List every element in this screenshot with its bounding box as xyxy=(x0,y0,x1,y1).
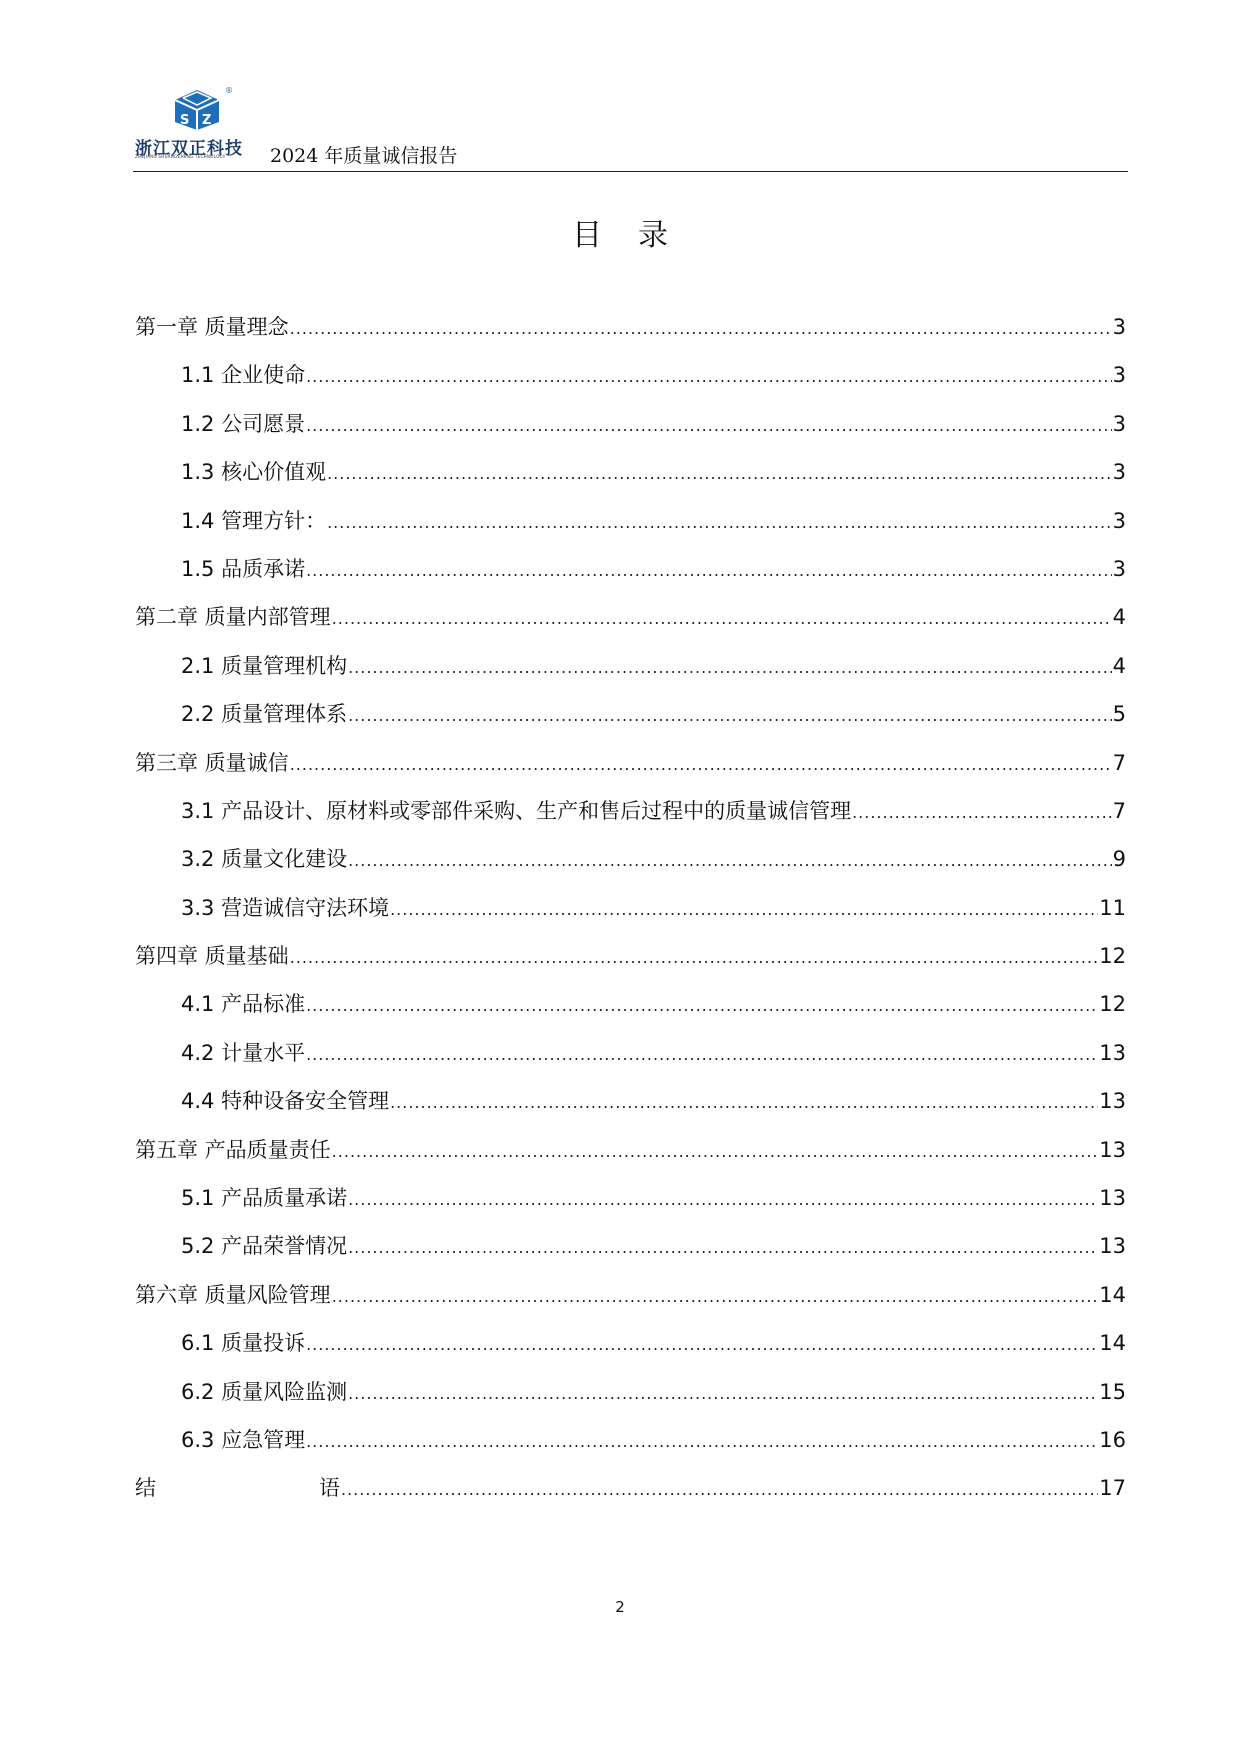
toc-entry-label: 3.1 产品设计、原材料或零部件采购、生产和售后过程中的质量诚信管理 xyxy=(181,795,851,825)
toc-entry-page: 3 xyxy=(1113,363,1126,387)
toc-entry-label: 6.2 质量风险监测 xyxy=(181,1376,347,1406)
toc-chapter-entry[interactable]: 第五章 产品质量责任13 xyxy=(135,1134,1126,1182)
dot-leader xyxy=(306,367,1112,386)
toc-section-entry[interactable]: 4.1 产品标准12 xyxy=(135,988,1126,1036)
toc-section-entry[interactable]: 4.4 特种设备安全管理13 xyxy=(135,1085,1126,1133)
toc-section-entry[interactable]: 3.3 营造诚信守法环境11 xyxy=(135,892,1126,940)
dot-leader xyxy=(348,658,1112,677)
toc-closing-entry[interactable]: 结语17 xyxy=(135,1472,1126,1520)
page-number: 2 xyxy=(0,1598,1240,1616)
toc-entry-label: 第二章 质量内部管理 xyxy=(135,601,331,631)
toc-entry-page: 13 xyxy=(1099,1089,1126,1113)
toc-entry-label: 1.2 公司愿景 xyxy=(181,408,305,438)
toc-heading: 目录 xyxy=(0,210,1240,254)
toc-entry-page: 12 xyxy=(1099,944,1126,968)
toc-section-entry[interactable]: 1.3 核心价值观3 xyxy=(135,456,1126,504)
toc-section-entry[interactable]: 5.1 产品质量承诺13 xyxy=(135,1182,1126,1230)
toc-chapter-entry[interactable]: 第二章 质量内部管理4 xyxy=(135,601,1126,649)
toc-section-entry[interactable]: 1.4 管理方针：3 xyxy=(135,505,1126,553)
toc-entry-label: 1.5 品质承诺 xyxy=(181,553,305,583)
toc-section-entry[interactable]: 6.3 应急管理16 xyxy=(135,1424,1126,1472)
dot-leader xyxy=(348,706,1112,725)
toc-entry-page: 15 xyxy=(1099,1380,1126,1404)
logo-company-name-en: ZHEJIANG SHUANGZHENG TECHNOLOGY xyxy=(135,154,225,159)
dot-leader xyxy=(852,803,1112,822)
dot-leader xyxy=(332,1142,1099,1161)
dot-leader xyxy=(290,948,1099,967)
dot-leader xyxy=(390,900,1098,919)
toc-entry-page: 3 xyxy=(1113,460,1126,484)
toc-entry-page: 17 xyxy=(1099,1476,1126,1500)
toc-entry-label: 5.2 产品荣誉情况 xyxy=(181,1230,347,1260)
toc-chapter-entry[interactable]: 第一章 质量理念3 xyxy=(135,311,1126,359)
header-divider xyxy=(133,171,1128,172)
toc-section-entry[interactable]: 6.2 质量风险监测15 xyxy=(135,1376,1126,1424)
toc-entry-page: 3 xyxy=(1113,509,1126,533)
toc-section-entry[interactable]: 5.2 产品荣誉情况13 xyxy=(135,1230,1126,1278)
toc-entry-page: 5 xyxy=(1113,702,1126,726)
toc-entry-label: 1.4 管理方针： xyxy=(181,505,326,535)
dot-leader xyxy=(327,513,1112,532)
dot-leader xyxy=(306,416,1112,435)
closing-label-left: 结 xyxy=(135,1472,156,1502)
registered-mark: ® xyxy=(225,86,233,95)
dot-leader xyxy=(306,1045,1098,1064)
toc-entry-page: 4 xyxy=(1113,605,1126,629)
dot-leader xyxy=(348,1190,1098,1209)
toc-entry-label: 1.3 核心价值观 xyxy=(181,456,326,486)
toc-entry-page: 16 xyxy=(1099,1428,1126,1452)
toc-chapter-entry[interactable]: 第六章 质量风险管理14 xyxy=(135,1279,1126,1327)
svg-text:S: S xyxy=(180,113,189,128)
toc-entry-label: 第三章 质量诚信 xyxy=(135,747,289,777)
toc-entry-page: 7 xyxy=(1113,751,1126,775)
closing-label-right: 语 xyxy=(319,1472,340,1502)
toc-section-entry[interactable]: 1.5 品质承诺3 xyxy=(135,553,1126,601)
table-of-contents: 第一章 质量理念31.1 企业使命31.2 公司愿景31.3 核心价值观31.4… xyxy=(135,311,1126,1521)
toc-entry-label: 结语 xyxy=(135,1472,340,1502)
toc-section-entry[interactable]: 3.2 质量文化建设9 xyxy=(135,843,1126,891)
toc-entry-page: 14 xyxy=(1099,1331,1126,1355)
toc-entry-page: 11 xyxy=(1099,896,1126,920)
toc-section-entry[interactable]: 1.1 企业使命3 xyxy=(135,359,1126,407)
toc-entry-page: 13 xyxy=(1099,1138,1126,1162)
svg-text:Z: Z xyxy=(202,113,211,128)
dot-leader xyxy=(306,561,1112,580)
toc-entry-page: 4 xyxy=(1113,654,1126,678)
toc-entry-page: 14 xyxy=(1099,1283,1126,1307)
toc-entry-page: 13 xyxy=(1099,1041,1126,1065)
toc-section-entry[interactable]: 6.1 质量投诉14 xyxy=(135,1327,1126,1375)
toc-entry-label: 6.1 质量投诉 xyxy=(181,1327,305,1357)
dot-leader xyxy=(327,464,1112,483)
toc-entry-label: 4.2 计量水平 xyxy=(181,1037,305,1067)
toc-chapter-entry[interactable]: 第三章 质量诚信7 xyxy=(135,747,1126,795)
toc-entry-page: 3 xyxy=(1113,315,1126,339)
toc-entry-label: 第六章 质量风险管理 xyxy=(135,1279,331,1309)
toc-entry-page: 3 xyxy=(1113,557,1126,581)
toc-entry-label: 第五章 产品质量责任 xyxy=(135,1134,331,1164)
dot-leader xyxy=(390,1093,1098,1112)
toc-entry-label: 第四章 质量基础 xyxy=(135,940,289,970)
toc-chapter-entry[interactable]: 第四章 质量基础12 xyxy=(135,940,1126,988)
toc-entry-label: 6.3 应急管理 xyxy=(181,1424,305,1454)
company-logo: S Z ® 浙江双正科技 ZHEJIANG SHUANGZHENG TECHNO… xyxy=(133,84,258,160)
toc-section-entry[interactable]: 1.2 公司愿景3 xyxy=(135,408,1126,456)
dot-leader xyxy=(348,851,1112,870)
dot-leader xyxy=(290,319,1112,338)
dot-leader xyxy=(348,1238,1098,1257)
dot-leader xyxy=(332,1287,1099,1306)
toc-entry-page: 13 xyxy=(1099,1186,1126,1210)
dot-leader xyxy=(341,1480,1098,1499)
toc-entry-label: 4.1 产品标准 xyxy=(181,988,305,1018)
dot-leader xyxy=(306,996,1098,1015)
dot-leader xyxy=(332,609,1112,628)
toc-entry-page: 13 xyxy=(1099,1234,1126,1258)
toc-entry-label: 3.2 质量文化建设 xyxy=(181,843,347,873)
dot-leader xyxy=(348,1384,1098,1403)
toc-entry-page: 9 xyxy=(1113,847,1126,871)
toc-entry-page: 3 xyxy=(1113,412,1126,436)
toc-entry-page: 12 xyxy=(1099,992,1126,1016)
toc-section-entry[interactable]: 2.1 质量管理机构4 xyxy=(135,650,1126,698)
toc-entry-label: 1.1 企业使命 xyxy=(181,359,305,389)
dot-leader xyxy=(290,755,1112,774)
toc-entry-label: 3.3 营造诚信守法环境 xyxy=(181,892,389,922)
toc-entry-label: 2.2 质量管理体系 xyxy=(181,698,347,728)
page-header: S Z ® 浙江双正科技 ZHEJIANG SHUANGZHENG TECHNO… xyxy=(133,84,1128,172)
dot-leader xyxy=(306,1432,1098,1451)
dot-leader xyxy=(306,1335,1098,1354)
toc-section-entry[interactable]: 4.2 计量水平13 xyxy=(135,1037,1126,1085)
toc-section-entry[interactable]: 3.1 产品设计、原材料或零部件采购、生产和售后过程中的质量诚信管理7 xyxy=(135,795,1126,843)
logo-cube-icon: S Z xyxy=(171,88,223,132)
toc-entry-page: 7 xyxy=(1113,799,1126,823)
toc-entry-label: 4.4 特种设备安全管理 xyxy=(181,1085,389,1115)
report-title: 2024 年质量诚信报告 xyxy=(270,141,457,168)
toc-entry-label: 2.1 质量管理机构 xyxy=(181,650,347,680)
toc-section-entry[interactable]: 2.2 质量管理体系5 xyxy=(135,698,1126,746)
toc-entry-label: 第一章 质量理念 xyxy=(135,311,289,341)
toc-entry-label: 5.1 产品质量承诺 xyxy=(181,1182,347,1212)
